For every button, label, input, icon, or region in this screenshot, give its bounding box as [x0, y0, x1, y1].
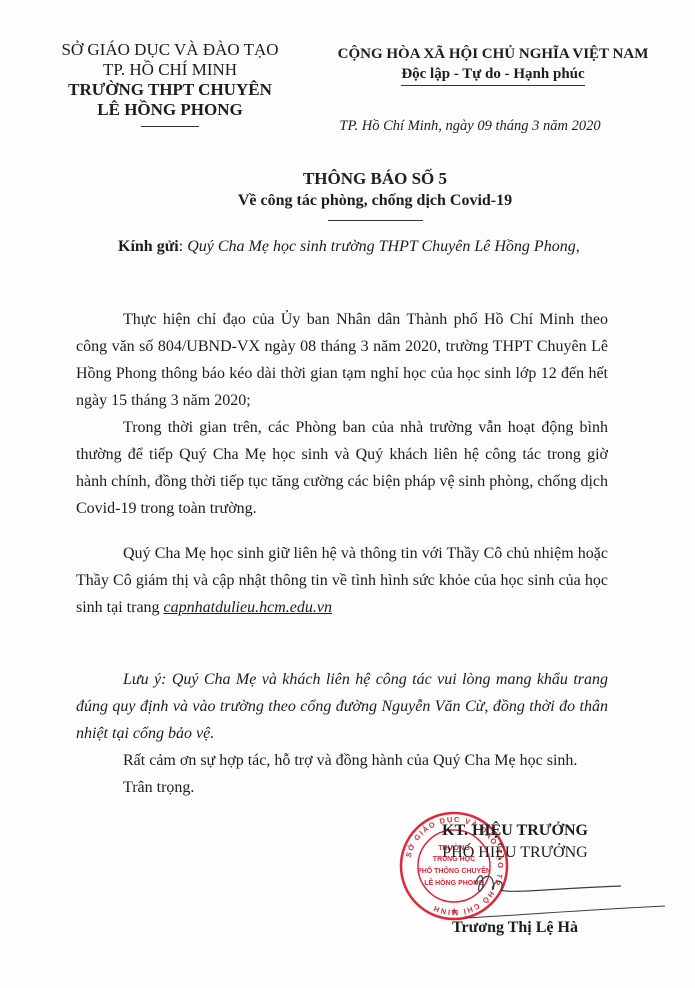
paragraph-1: Thực hiện chỉ đạo của Ủy ban Nhân dân Th… — [76, 306, 608, 414]
national-header-block: CỘNG HÒA XÃ HỘI CHỦ NGHĨA VIỆT NAM Độc l… — [318, 44, 668, 86]
signer-role-2: PHÓ HIỆU TRƯỞNG — [415, 842, 615, 864]
thanks-text: Rất cảm ơn sự hợp tác, hỗ trợ và đồng hà… — [76, 747, 608, 774]
title-divider — [328, 220, 423, 221]
signer-role-1: KT. HIỆU TRƯỞNG — [415, 820, 615, 842]
national-motto: Độc lập - Tự do - Hạnh phúc — [401, 64, 584, 86]
document-subject: Về công tác phòng, chống dịch Covid-19 — [150, 190, 600, 212]
signer-name: Trương Thị Lệ Hà — [415, 919, 615, 937]
document-title: THÔNG BÁO SỐ 5 — [150, 168, 600, 190]
note-text: Lưu ý: Quý Cha Mẹ và khách liên hệ công … — [76, 666, 608, 747]
update-website-link[interactable]: capnhatdulieu.hcm.edu.vn — [164, 599, 332, 616]
note-paragraph: Lưu ý: Quý Cha Mẹ và khách liên hệ công … — [76, 666, 608, 747]
recipient-line: Kính gửi: Quý Cha Mẹ học sinh trường THP… — [118, 238, 580, 256]
paragraph-2-text: Trong thời gian trên, các Phòng ban của … — [76, 414, 608, 522]
closing-paragraph: Trân trọng. — [76, 774, 608, 801]
recipient-label: Kính gửi — [118, 238, 179, 255]
paragraph-3-text: Quý Cha Mẹ học sinh giữ liên hệ và thông… — [76, 545, 608, 616]
closing-text: Trân trọng. — [76, 774, 608, 801]
signature-block: KT. HIỆU TRƯỞNG PHÓ HIỆU TRƯỞNG — [415, 820, 615, 864]
date-line: TP. Hồ Chí Minh, ngày 09 tháng 3 năm 202… — [300, 118, 640, 135]
thanks-paragraph: Rất cảm ơn sự hợp tác, hỗ trợ và đồng hà… — [76, 747, 608, 774]
country-name: CỘNG HÒA XÃ HỘI CHỦ NGHĨA VIỆT NAM — [318, 44, 668, 64]
paragraph-2: Trong thời gian trên, các Phòng ban của … — [76, 414, 608, 522]
department-name: SỞ GIÁO DỤC VÀ ĐÀO TẠO — [40, 40, 300, 60]
school-name-line1: TRƯỜNG THPT CHUYÊN — [40, 80, 300, 100]
document-title-block: THÔNG BÁO SỐ 5 Về công tác phòng, chống … — [150, 168, 600, 221]
header-left-divider — [141, 126, 199, 127]
paragraph-3: Quý Cha Mẹ học sinh giữ liên hệ và thông… — [76, 540, 608, 621]
city-name: TP. HỒ CHÍ MINH — [40, 60, 300, 80]
paragraph-1-text: Thực hiện chỉ đạo của Ủy ban Nhân dân Th… — [76, 306, 608, 414]
issuing-authority-block: SỞ GIÁO DỤC VÀ ĐÀO TẠO TP. HỒ CHÍ MINH T… — [40, 40, 300, 127]
recipient-value: Quý Cha Mẹ học sinh trường THPT Chuyên L… — [187, 238, 580, 255]
school-name-line2: LÊ HỒNG PHONG — [40, 100, 300, 120]
